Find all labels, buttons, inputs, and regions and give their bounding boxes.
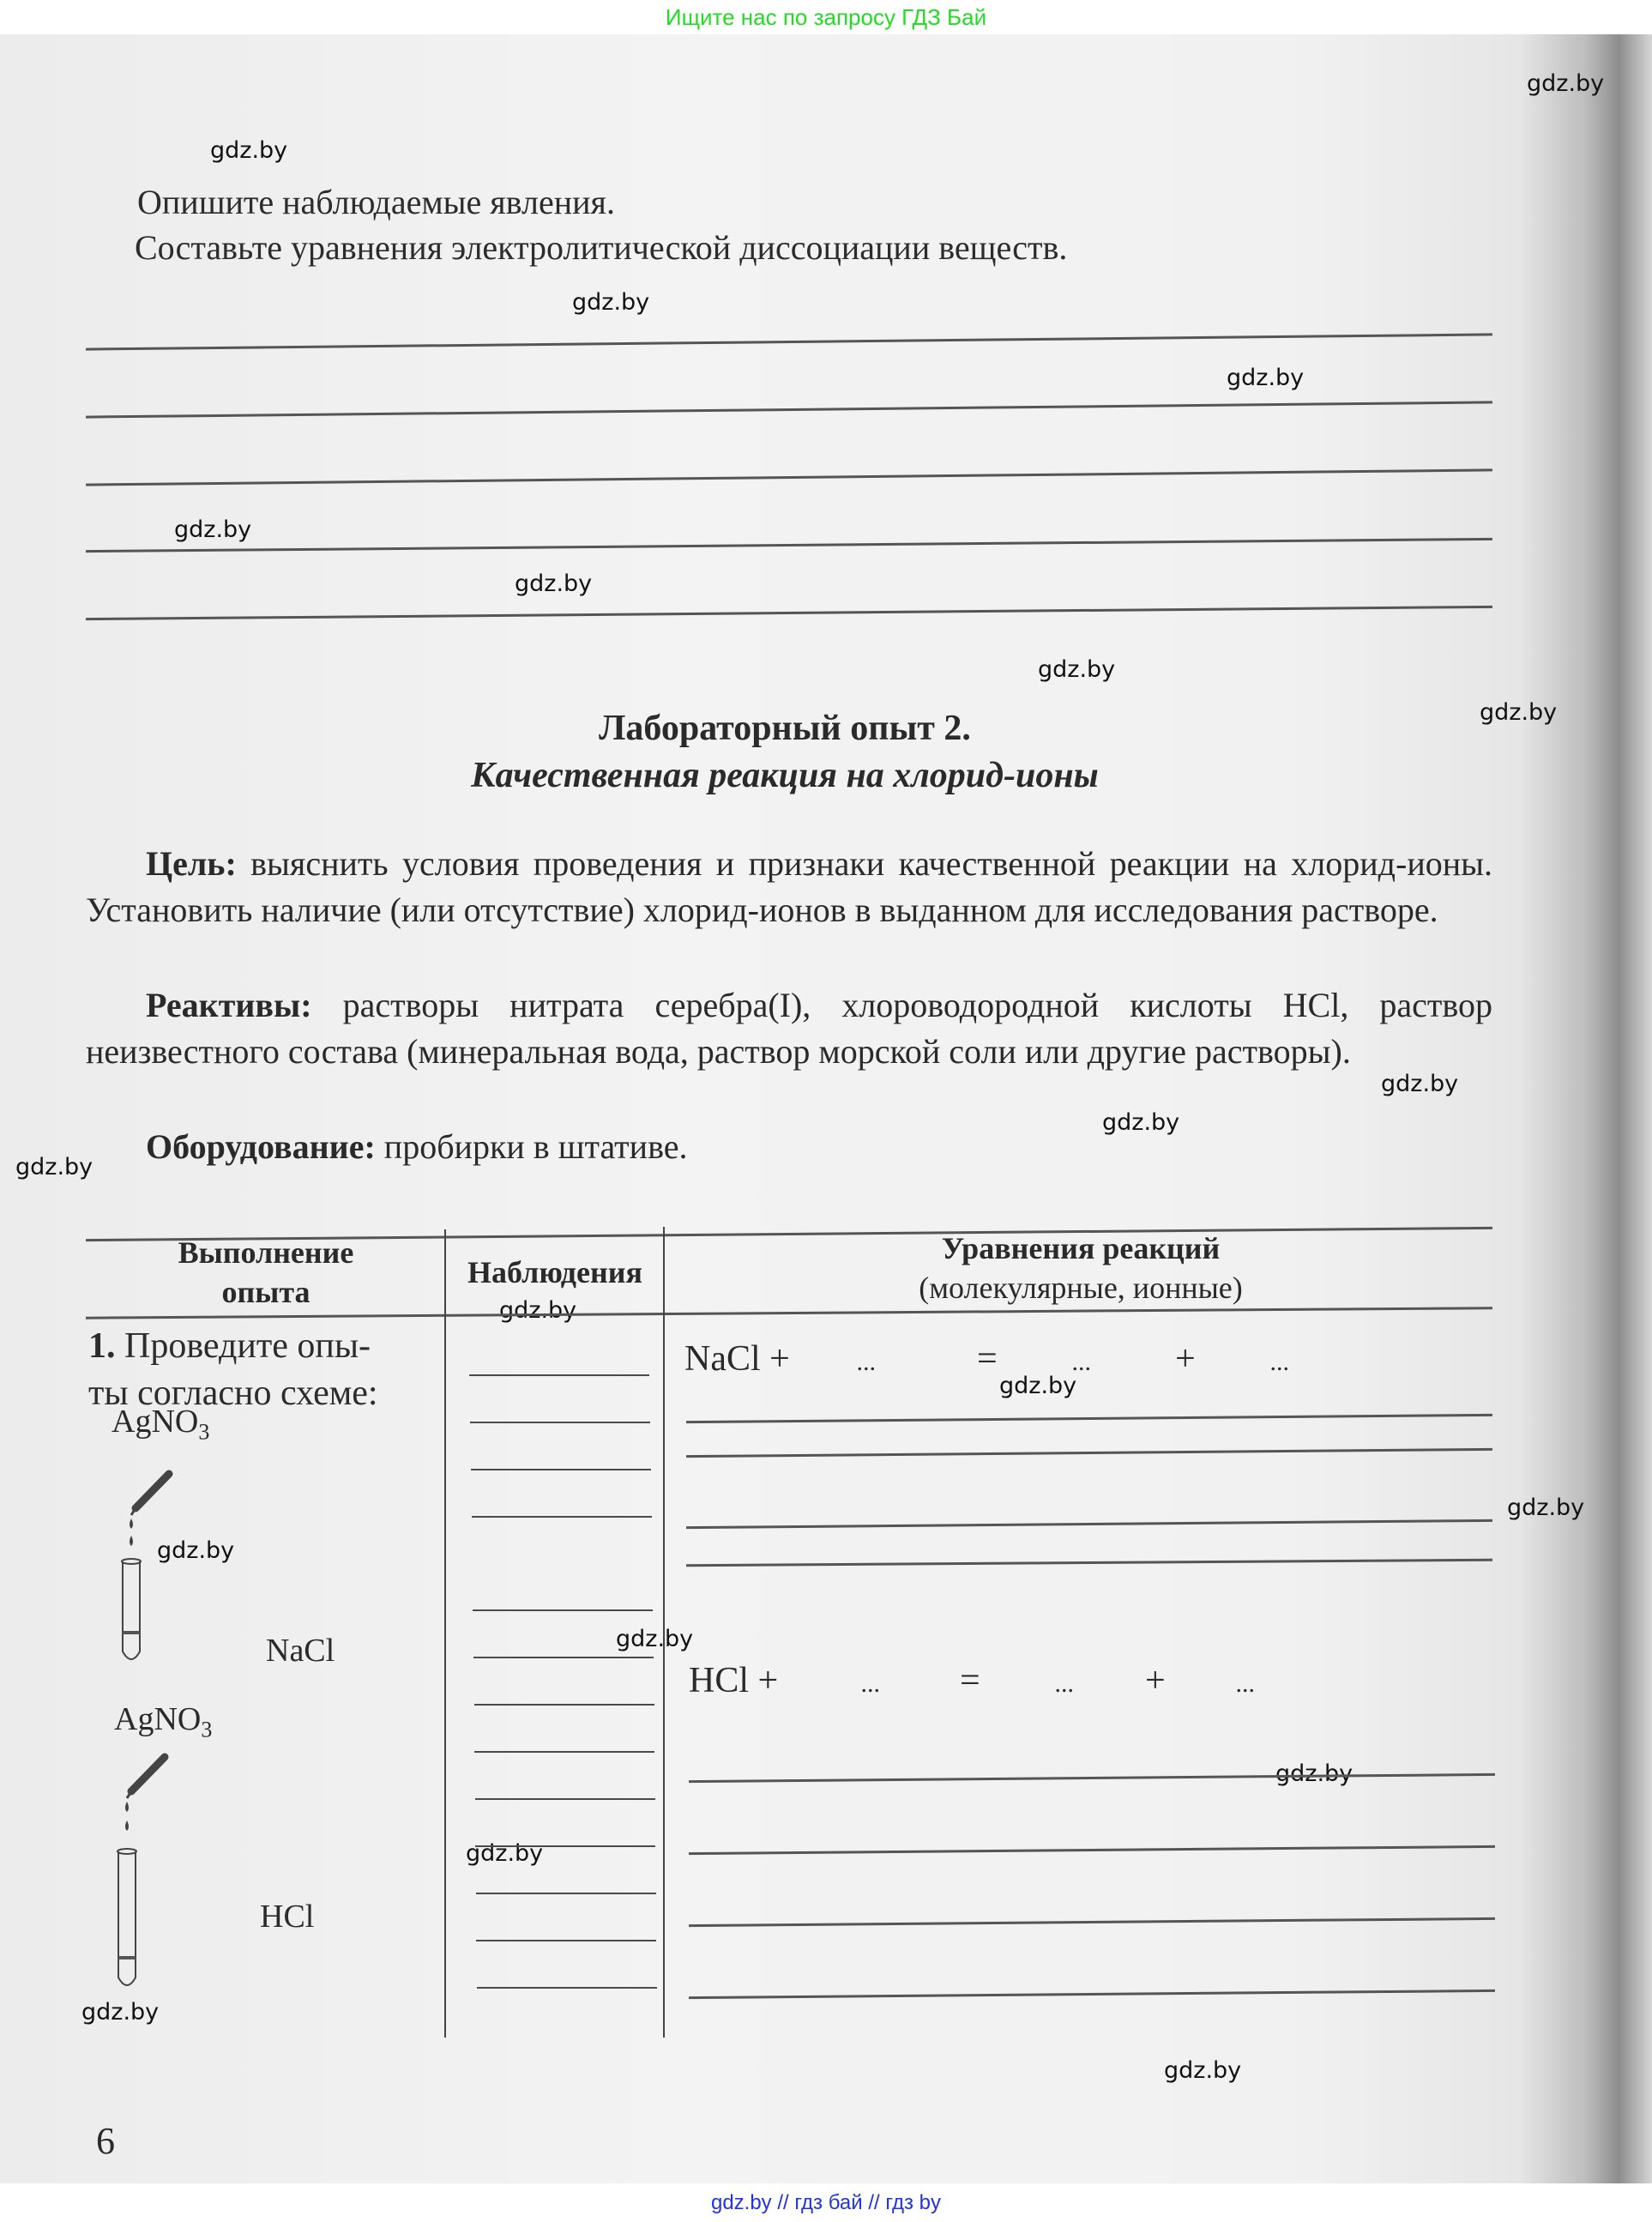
observation-line[interactable] bbox=[474, 1704, 654, 1706]
answer-line[interactable] bbox=[86, 468, 1492, 486]
observation-line[interactable] bbox=[477, 1987, 657, 1989]
equipment-paragraph: Оборудование: пробирки в штативе. bbox=[86, 1124, 1492, 1170]
watermark: gdz.by bbox=[81, 1999, 159, 2026]
equation-line[interactable] bbox=[689, 1917, 1495, 1927]
tube-label-1: NaCl bbox=[266, 1632, 335, 1670]
equation-blank[interactable]: ... bbox=[1055, 1670, 1137, 1699]
observation-line[interactable] bbox=[476, 1940, 656, 1941]
equation-blank[interactable]: ... bbox=[1236, 1670, 1287, 1699]
reagents-paragraph: Реактивы: растворы нитрата серебра(I), х… bbox=[86, 982, 1492, 1075]
answer-line[interactable] bbox=[86, 606, 1492, 620]
observation-line[interactable] bbox=[471, 1469, 651, 1470]
table-column-divider bbox=[444, 1229, 446, 2038]
lab-title: Лабораторный опыт 2. bbox=[0, 708, 1570, 749]
equation-line[interactable] bbox=[686, 1448, 1492, 1458]
equation-plus: + bbox=[1175, 1338, 1261, 1380]
watermark: gdz.by bbox=[15, 1154, 93, 1180]
dropper-test-tube-icon bbox=[116, 1750, 202, 1990]
reagent-label-2: AgNO3 bbox=[114, 1700, 212, 1743]
equation-plus: + bbox=[1145, 1660, 1227, 1701]
watermark: gdz.by bbox=[210, 137, 287, 164]
lab-subtitle: Качественная реакция на хлорид-ионы bbox=[0, 755, 1570, 796]
workbook-page: gdz.by gdz.by gdz.by gdz.by gdz.by gdz.b… bbox=[0, 34, 1652, 2183]
observation-line[interactable] bbox=[474, 1751, 654, 1753]
step-number: 1. bbox=[88, 1326, 116, 1366]
equation-line[interactable] bbox=[686, 1519, 1492, 1529]
observation-line[interactable] bbox=[472, 1516, 652, 1518]
equation-blank[interactable]: ... bbox=[861, 1670, 951, 1699]
reagent-subscript: 3 bbox=[198, 1420, 209, 1445]
top-banner[interactable]: Ищите нас по запросу ГДЗ Бай bbox=[0, 0, 1652, 34]
answer-line[interactable] bbox=[86, 333, 1492, 350]
header-execution: Выполнение опыта bbox=[120, 1233, 412, 1312]
equation-line[interactable] bbox=[689, 1773, 1495, 1783]
observation-line[interactable] bbox=[476, 1893, 656, 1894]
watermark: gdz.by bbox=[515, 571, 592, 597]
bottom-banner[interactable]: gdz.by // гдз бай // гдз by bbox=[0, 2183, 1652, 2222]
answer-line[interactable] bbox=[86, 538, 1492, 552]
watermark: gdz.by bbox=[1164, 2057, 1241, 2084]
tube-label-2: HCl bbox=[260, 1898, 314, 1935]
reagent-formula: AgNO bbox=[114, 1701, 201, 1737]
observation-line[interactable] bbox=[470, 1422, 650, 1423]
observation-line[interactable] bbox=[473, 1657, 654, 1658]
watermark: gdz.by bbox=[572, 289, 649, 316]
watermark: gdz.by bbox=[499, 1297, 576, 1324]
watermark: gdz.by bbox=[1227, 365, 1304, 391]
watermark: gdz.by bbox=[466, 1840, 543, 1867]
equation-left: HCl + bbox=[689, 1660, 852, 1701]
equation-left: NaCl + bbox=[684, 1338, 847, 1380]
table-column-divider bbox=[663, 1227, 665, 2038]
observation-line[interactable] bbox=[473, 1609, 653, 1611]
answer-line[interactable] bbox=[86, 401, 1492, 418]
equation-equals: = bbox=[977, 1338, 1063, 1380]
header-observations: Наблюдения bbox=[448, 1253, 662, 1292]
header-execution-line1: Выполнение bbox=[120, 1233, 412, 1272]
equation-line[interactable] bbox=[686, 1414, 1492, 1423]
reagent-subscript: 3 bbox=[201, 1718, 212, 1742]
equation-blank[interactable]: ... bbox=[857, 1348, 968, 1377]
watermark: gdz.by bbox=[1038, 656, 1115, 683]
header-equations: Уравнения реакций (молекулярные, ионные) bbox=[755, 1229, 1407, 1307]
instruction-describe: Опишите наблюдаемые явления. bbox=[137, 182, 615, 222]
watermark: gdz.by bbox=[616, 1626, 693, 1652]
reagent-label-1: AgNO3 bbox=[112, 1403, 209, 1446]
dropper-test-tube-icon bbox=[120, 1467, 206, 1664]
observation-line[interactable] bbox=[475, 1798, 655, 1800]
goal-label: Цель: bbox=[146, 844, 237, 883]
instruction-equations: Составьте уравнения электролитической ди… bbox=[135, 227, 1067, 268]
step-line1: 1. Проведите опы- bbox=[88, 1325, 371, 1367]
watermark: gdz.by bbox=[174, 516, 251, 543]
watermark: gdz.by bbox=[1507, 1494, 1584, 1521]
equipment-label: Оборудование: bbox=[146, 1127, 376, 1166]
equipment-text: пробирки в штативе. bbox=[376, 1127, 688, 1166]
equation-equals: = bbox=[960, 1660, 1046, 1701]
equation-nacl: NaCl + ... = ... + ... bbox=[684, 1338, 1322, 1380]
goal-paragraph: Цель: выяснить условия проведения и приз… bbox=[86, 841, 1492, 933]
equation-line[interactable] bbox=[686, 1559, 1492, 1567]
equation-blank[interactable]: ... bbox=[1270, 1348, 1322, 1377]
equation-blank[interactable]: ... bbox=[1072, 1348, 1167, 1377]
observation-line[interactable] bbox=[475, 1845, 655, 1847]
header-equations-line2: (молекулярные, ионные) bbox=[755, 1268, 1407, 1307]
goal-text: выяснить условия проведения и признаки к… bbox=[86, 844, 1492, 929]
watermark: gdz.by bbox=[1527, 70, 1604, 97]
step-text: Проведите опы- bbox=[124, 1326, 371, 1366]
equation-line[interactable] bbox=[689, 1845, 1495, 1855]
observation-line[interactable] bbox=[469, 1374, 649, 1376]
page-number: 6 bbox=[96, 2119, 115, 2163]
reagent-formula: AgNO bbox=[112, 1404, 198, 1440]
header-equations-line1: Уравнения реакций bbox=[755, 1229, 1407, 1268]
equation-hcl: HCl + ... = ... + ... bbox=[689, 1660, 1287, 1701]
equation-line[interactable] bbox=[689, 1990, 1495, 1999]
reagents-label: Реактивы: bbox=[146, 986, 312, 1024]
header-execution-line2: опыта bbox=[120, 1272, 412, 1312]
